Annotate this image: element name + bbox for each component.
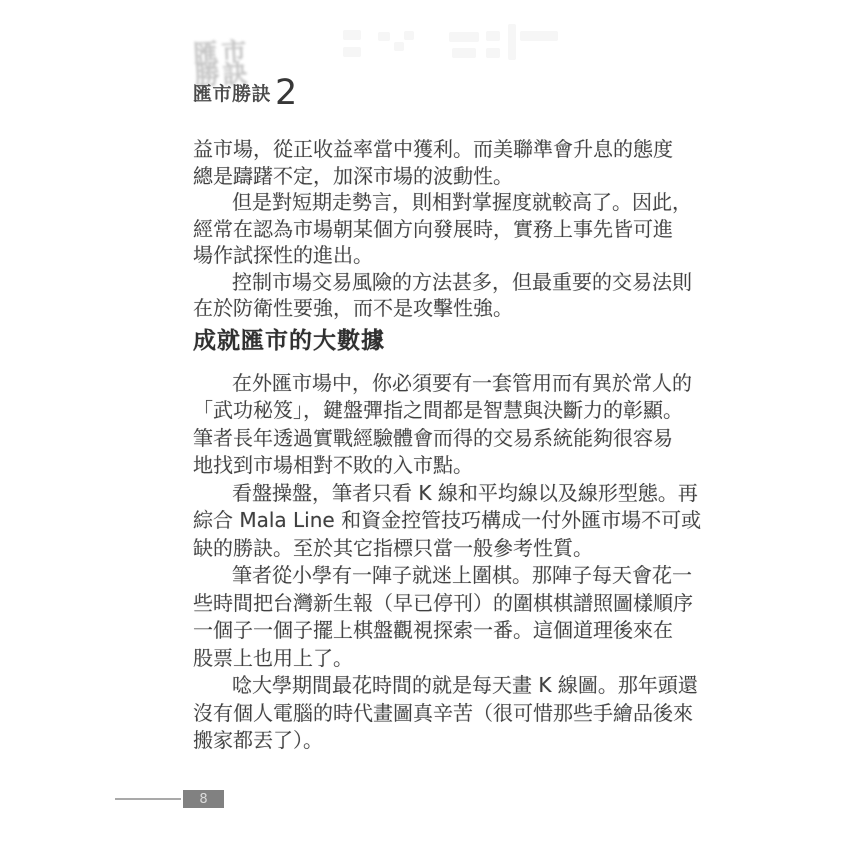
text-line: 但是對短期走勢言，則相對掌握度就較高了。因此， (193, 189, 679, 216)
text-line: 控制市場交易風險的方法甚多，但最重要的交易法則 (193, 269, 679, 296)
text-line: 總是躊躇不定，加深市場的波動性。 (193, 163, 679, 190)
text-line: 缺的勝訣。至於其它指標只當一般參考性質。 (193, 535, 679, 563)
series-logo: 匯市勝訣 2 (193, 78, 297, 108)
text-line: 地找到市場相對不敗的入市點。 (193, 452, 679, 480)
text-line: 搬家都丟了）。 (193, 727, 679, 755)
text-line: 沒有個人電腦的時代畫圖真辛苦（很可惜那些手繪品後來 (193, 700, 679, 728)
text-line: 「武功秘笈」，鍵盤彈指之間都是智慧與決斷力的彰顯。 (193, 397, 679, 425)
text-line: 筆者長年透過實戰經驗體會而得的交易系統能夠很容易 (193, 425, 679, 453)
text-line: 益市場，從正收益率當中獲利。而美聯準會升息的態度 (193, 136, 679, 163)
page-body: 益市場，從正收益率當中獲利。而美聯準會升息的態度 總是躊躇不定，加深市場的波動性… (193, 136, 679, 755)
series-title: 匯市勝訣 (193, 80, 271, 108)
text-line: 在外匯市場中，你必須要有一套管用而有異於常人的 (193, 370, 679, 398)
section-paragraphs: 在外匯市場中，你必須要有一套管用而有異於常人的 「武功秘笈」，鍵盤彈指之間都是智… (193, 370, 679, 755)
text-line: 綜合 Mala Line 和資金控管技巧構成一付外匯市場不可或 (193, 507, 679, 535)
series-number: 2 (275, 78, 297, 108)
text-line: 股票上也用上了。 (193, 645, 679, 673)
text-line: 場作試探性的進出。 (193, 242, 679, 269)
continuation-paragraphs: 益市場，從正收益率當中獲利。而美聯準會升息的態度 總是躊躇不定，加深市場的波動性… (193, 136, 679, 322)
footer-rule (115, 798, 181, 800)
text-line: 在於防衛性要強，而不是攻擊性強。 (193, 295, 679, 322)
text-line: 唸大學期間最花時間的就是每天畫 K 線圖。那年頭還 (193, 672, 679, 700)
text-line: 一個子一個子擺上棋盤觀視探索一番。這個道理後來在 (193, 617, 679, 645)
page-number: 8 (199, 793, 207, 806)
text-line: 筆者從小學有一陣子就迷上圍棋。那陣子每天會花一 (193, 562, 679, 590)
page-number-badge: 8 (183, 790, 224, 808)
text-line: 經常在認為市場朝某個方向發展時，實務上事先皆可進 (193, 216, 679, 243)
section-heading: 成就匯市的大數據 (193, 326, 679, 356)
text-line: 些時間把台灣新生報（早已停刊）的圍棋棋譜照圖樣順序 (193, 590, 679, 618)
book-page: 匯市勝訣 匯市勝訣 2 益市場，從正收益率當中獲利。而美聯準會升息的態度 總是躊… (0, 0, 850, 850)
text-line: 看盤操盤，筆者只看 K 線和平均線以及線形型態。再 (193, 480, 679, 508)
